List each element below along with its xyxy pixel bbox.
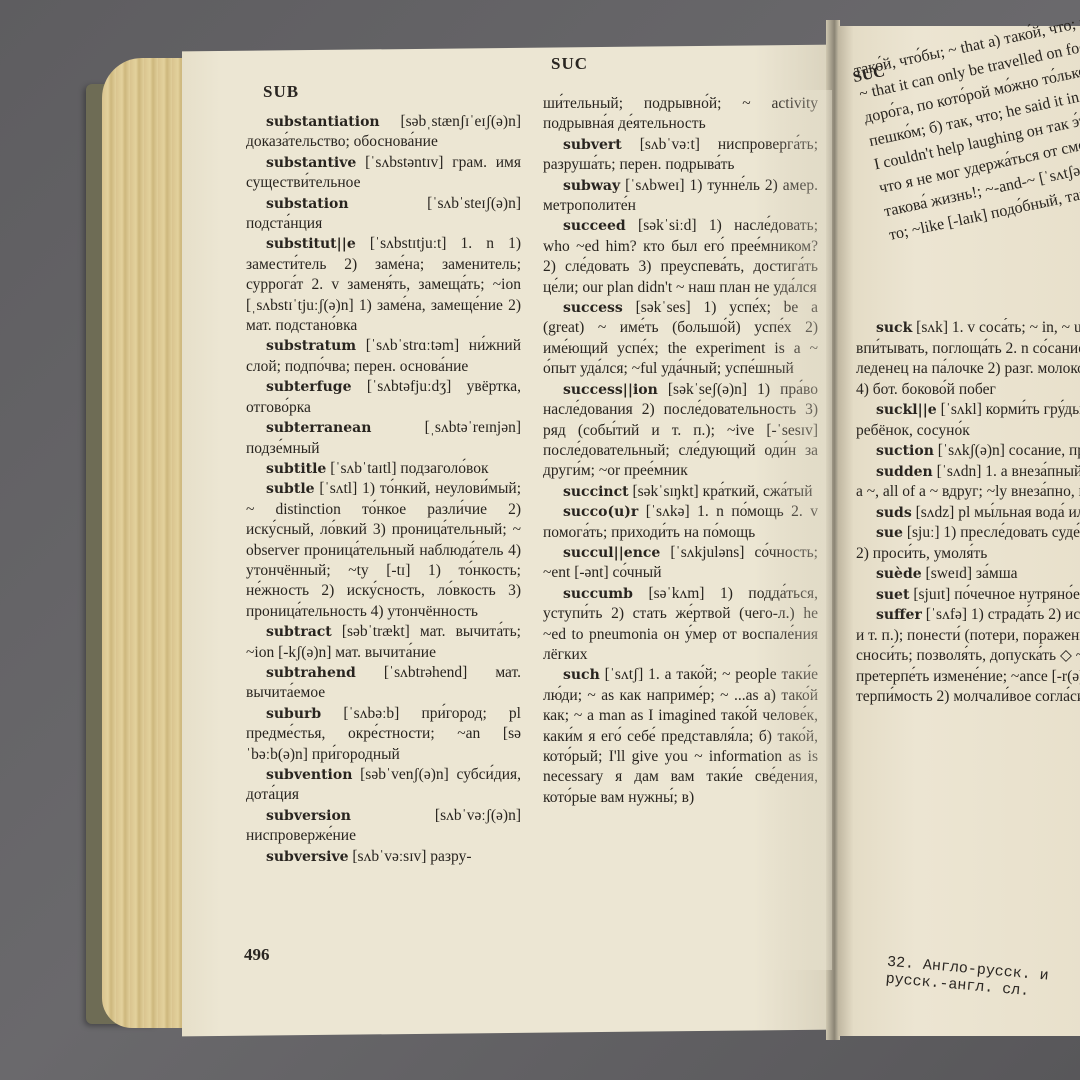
dictionary-entry: suburb [ˈsʌbəːb] при́город; pl предме́ст… [246, 704, 521, 765]
dictionary-entry: suckl||e [ˈsʌkl] корми́ть гру́дью; ~ing … [856, 400, 1080, 441]
dictionary-entry: sue [sjuː] 1) пресле́довать суде́бным по… [856, 523, 1080, 564]
dictionary-entry: subtle [ˈsʌtl] 1) то́нкий, неулови́мый; … [246, 479, 521, 622]
dictionary-entry: suet [sjuɪt] по́чечное нутряно́е са́ло [856, 585, 1080, 606]
dictionary-entry: subterfuge [ˈsʌbtəfjuːdʒ] увёртка, отгов… [246, 377, 521, 418]
definition: [səkˈsɪŋkt] кра́ткий, сжа́тый [632, 483, 812, 500]
dictionary-entry: subtract [səbˈtrækt] мат. вычита́ть; ~io… [246, 622, 521, 663]
dictionary-entry: suffer [ˈsʌfə] 1) страда́ть 2) испы́тыва… [856, 605, 1080, 708]
dictionary-entry: suck [sʌk] 1. v соса́ть; ~ in, ~ up вса́… [856, 318, 1080, 400]
dictionary-entry: success||ion [səkˈseʃ(ə)n] 1) пра́во нас… [543, 380, 818, 482]
headword: subvention [246, 767, 352, 783]
headword: success [543, 300, 623, 316]
definition: [ˈsʌtʃ] 1. a тако́й; ~ people таки́е лю́… [543, 666, 818, 805]
dictionary-entry: success [səkˈses] 1) успе́х; be a (great… [543, 298, 818, 380]
dictionary-entry: succul||ence [ˈsʌkjuləns] со́чность; ~en… [543, 543, 818, 584]
dictionary-entry: succo(u)r [ˈsʌkə] 1. n по́мощь 2. v помо… [543, 502, 818, 543]
dictionary-entry: substantive [ˈsʌbstəntɪv] грам. имя суще… [246, 153, 521, 194]
headword: suburb [246, 706, 321, 722]
headword: succeed [543, 218, 626, 234]
dictionary-entry: subtrahend [ˈsʌbtrəhend] мат. вычита́емо… [246, 663, 521, 704]
headword: suffer [856, 607, 922, 623]
definition: [ˈsʌbˈtaɪtl] подзаголо́вок [330, 460, 488, 477]
headword: success||ion [543, 382, 658, 398]
dictionary-entry: suède [sweɪd] за́мша [856, 564, 1080, 585]
headword: suck [856, 320, 912, 336]
headword: subvert [543, 137, 622, 153]
headword: sudden [856, 464, 933, 480]
dictionary-entry: subvention [səbˈvenʃ(ə)n] субси́дия, дот… [246, 765, 521, 806]
definition: [ˈsʌtl] 1) то́нкий, неулови́мый; ~ disti… [246, 480, 521, 619]
middle-column: ши́тельный; подрывно́й; ~ activity подры… [543, 94, 818, 808]
dictionary-entry: substratum [ˈsʌbˈstrɑːtəm] ни́жний слой;… [246, 336, 521, 377]
dictionary-entry: suction [ˈsʌkʃ(ə)n] сосание, приса́сыван… [856, 441, 1080, 462]
definition: [sʌbˈvəːsɪv] разру- [352, 848, 471, 865]
headword: substitut||e [246, 236, 356, 252]
headword: subtrahend [246, 665, 356, 681]
headword: substantiation [246, 114, 380, 130]
definition: [sjuɪt] по́чечное нутряно́е са́ло [913, 586, 1080, 603]
headword: subtitle [246, 461, 326, 477]
page-number: 496 [244, 945, 270, 965]
headword: substratum [246, 338, 356, 354]
definition: [sweɪd] за́мша [926, 565, 1018, 582]
headword: sue [856, 525, 903, 541]
headword: subway [543, 178, 620, 194]
dictionary-entry: subversive [sʌbˈvəːsɪv] разру- [246, 847, 521, 867]
headword: substantive [246, 155, 356, 171]
page-edges [102, 58, 192, 1028]
headword: suet [856, 587, 909, 603]
middle-page-header: SUC [551, 54, 588, 74]
dictionary-entry: succeed [səkˈsiːd] 1) насле́довать; who … [543, 216, 818, 298]
headword: subversive [246, 849, 349, 865]
right-column: suck [sʌk] 1. v соса́ть; ~ in, ~ up вса́… [856, 318, 1080, 708]
dictionary-entry: subway [ˈsʌbweɪ] 1) тунне́ль 2) амер. ме… [543, 176, 818, 217]
dictionary-entry: suds [sʌdz] pl мы́льная вода́ или пе́на … [856, 503, 1080, 524]
definition: [ˈsʌkʃ(ə)n] сосание, приса́сывание [938, 442, 1080, 459]
dictionary-entry: sudden [ˈsʌdn] 1. a внеза́пный 2. n: on … [856, 462, 1080, 503]
headword: subtle [246, 481, 315, 497]
headword: such [543, 667, 600, 683]
dictionary-entry: succinct [səkˈsɪŋkt] кра́ткий, сжа́тый [543, 482, 818, 502]
dictionary-entry: such [ˈsʌtʃ] 1. a тако́й; ~ people таки́… [543, 665, 818, 808]
headword: succo(u)r [543, 504, 638, 520]
headword: succul||ence [543, 545, 660, 561]
continuation-text: ши́тельный; подрывно́й; ~ activity подры… [543, 94, 818, 135]
headword: suckl||e [856, 402, 937, 418]
dictionary-entry: substation [ˈsʌbˈsteɪʃ(ə)n] подста́нция [246, 194, 521, 235]
dictionary-entry: substantiation [səbˌstænʃɪˈeɪʃ(ə)n] дока… [246, 112, 521, 153]
dictionary-entry: subtitle [ˈsʌbˈtaɪtl] подзаголо́вок [246, 459, 521, 479]
headword: succinct [543, 484, 629, 500]
definition: [sʌdz] pl мы́льная вода́ или пе́на ед. [916, 504, 1080, 521]
dictionary-entry: subvert [sʌbˈvəːt] ниспроверга́ть; разру… [543, 135, 818, 176]
headword: subterfuge [246, 379, 352, 395]
dictionary-entry: substitut||e [ˈsʌbstɪtjuːt] 1. n 1) заме… [246, 234, 521, 336]
left-page-header: SUB [263, 82, 299, 102]
dictionary-entry: subversion [sʌbˈvəːʃ(ə)n] ниспроверже́ни… [246, 806, 521, 847]
headword: suction [856, 443, 934, 459]
headword: substation [246, 196, 349, 212]
headword: succumb [543, 586, 633, 602]
left-column: substantiation [səbˌstænʃɪˈeɪʃ(ə)n] дока… [246, 112, 521, 867]
headword: subversion [246, 808, 351, 824]
headword: suds [856, 505, 912, 521]
headword: subterranean [246, 420, 371, 436]
dictionary-entry: succumb [səˈkʌm] 1) подда́ться, уступи́т… [543, 584, 818, 666]
headword: suède [856, 566, 922, 582]
headword: subtract [246, 624, 332, 640]
dictionary-entry: subterranean [ˌsʌbtəˈreɪnjən] подзе́мный [246, 418, 521, 459]
